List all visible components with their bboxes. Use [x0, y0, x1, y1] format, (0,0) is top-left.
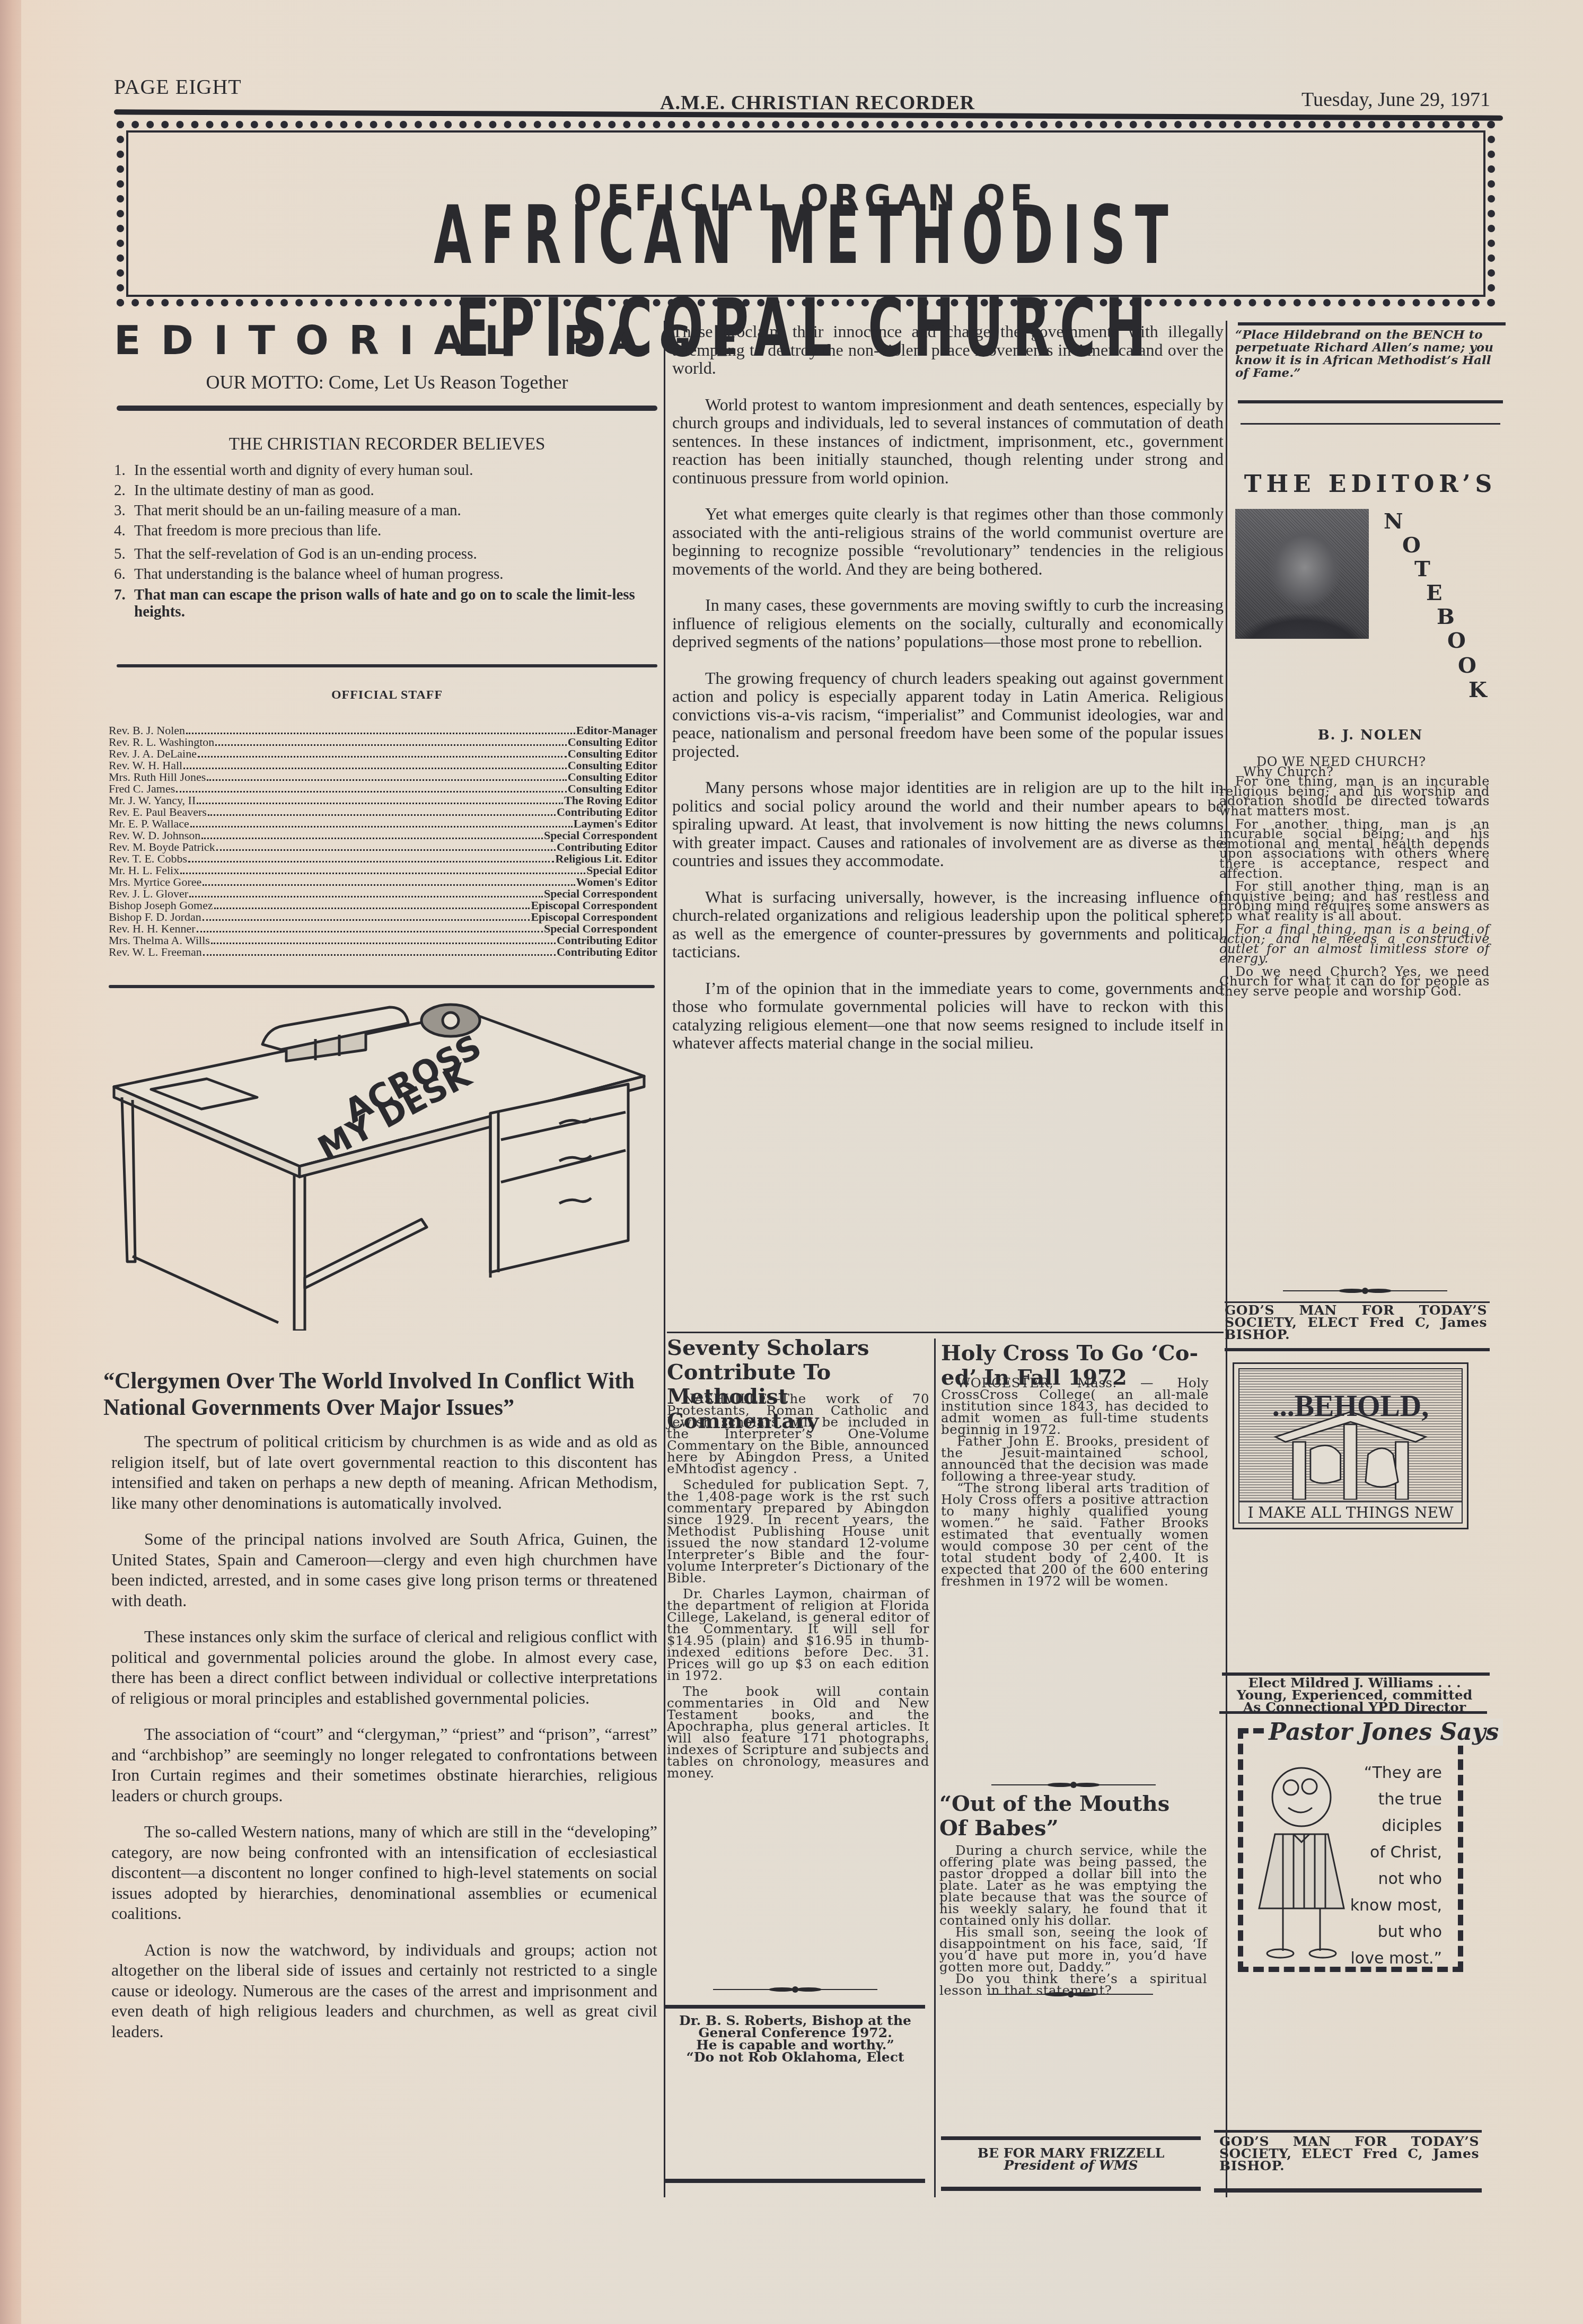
scholars-body: NASHVILLE—The work of 70 Protestants, Ro…: [667, 1393, 929, 1779]
staff-role: Special Correspondent: [544, 923, 657, 935]
staff-role: Consulting Editor: [568, 737, 657, 748]
frizzell-ad: BE FOR MARY FRIZZELL President of WMS: [941, 2147, 1201, 2171]
editors-notebook-body: DO WE NEED CHURCH? Why Church? For one t…: [1219, 752, 1490, 1000]
paragraph: For another thing, man is an incurable s…: [1219, 820, 1490, 879]
paragraph: Some of the principal nations involved a…: [111, 1529, 657, 1610]
leader-dots: [201, 838, 543, 839]
leader-dots: [190, 826, 573, 828]
leader-dots: [197, 931, 543, 932]
staff-role: Consulting Editor: [568, 784, 657, 795]
paragraph: NASHVILLE—The work of 70 Protestants, Ro…: [667, 1393, 929, 1475]
staff-role: Contributing Editor: [557, 947, 657, 958]
believes-list: 1.In the essential worth and dignity of …: [114, 460, 660, 620]
paragraph: Scheduled for publication Sept. 7, the 1…: [667, 1479, 929, 1584]
staff-name: Mrs. Thelma A. Wills: [109, 935, 210, 946]
page-number-label: PAGE EIGHT: [114, 74, 242, 99]
staff-name: Rev. J. L. Glover: [109, 888, 188, 900]
staff-name: Bishop F. D. Jordan: [109, 912, 201, 923]
leader-dots: [203, 919, 530, 921]
editorial-page-title: EDITORIAL PAGE: [114, 318, 660, 364]
staff-role: Editor-Manager: [576, 725, 657, 736]
divider: [665, 2179, 925, 2183]
motto: OUR MOTTO: Come, Let Us Reason Together: [106, 371, 668, 393]
staff-role: Contributing Editor: [557, 935, 657, 946]
staff-role: Special Editor: [586, 865, 657, 876]
divider: [1225, 1348, 1490, 1351]
notebook-letter: B: [1437, 604, 1455, 629]
staff-role: Special Correspondent: [544, 830, 657, 841]
roberts-ad: Dr. B. S. Roberts, Bishop at the General…: [665, 2014, 925, 2063]
pastor-cartoon-icon: [1251, 1749, 1347, 1961]
babes-headline: “Out of the Mouths Of Babes”: [939, 1792, 1204, 1841]
notebook-letter: N: [1384, 509, 1403, 534]
staff-name: Rev. R. L. Washington: [109, 737, 214, 748]
leader-dots: [189, 896, 543, 897]
paragraph: These proclaim their innocence and charg…: [672, 322, 1224, 377]
ornament-divider: [991, 1781, 1156, 1785]
column-rule: [664, 321, 665, 2197]
editors-notebook-title: THE EDITOR’S: [1235, 471, 1506, 498]
staff-name: Rev. W. D. Johnson: [109, 830, 200, 841]
paragraph: For one thing, man is an incurable relig…: [1219, 777, 1490, 816]
divider: [665, 2005, 925, 2009]
paragraph: I’m of the opinion that in the immediate…: [672, 979, 1224, 1052]
divider: [941, 2136, 1201, 2140]
staff-role: Consulting Editor: [568, 760, 657, 771]
believes-item: 3.That merit should be an un-failing mea…: [114, 500, 660, 521]
notebook-letter: O: [1447, 628, 1466, 653]
staff-role: Laymen's Editor: [574, 818, 657, 830]
leader-dots: [188, 861, 554, 862]
paragraph: Many persons whose major identities are …: [672, 778, 1224, 870]
masthead-box: OFFICIAL ORGAN OF AFRICAN METHODIST EPIS…: [117, 121, 1495, 306]
believes-item: 6.That understanding is the balance whee…: [114, 564, 660, 584]
staff-role: Episcopal Correspondent: [531, 900, 657, 911]
leader-dots: [197, 803, 563, 804]
leader-dots: [214, 908, 530, 909]
notebook-letter: O: [1458, 653, 1476, 678]
column-rule: [1226, 321, 1227, 2197]
official-staff-heading: OFFICIAL STAFF: [106, 688, 668, 702]
paragraph: For still another thing, man is an inqui…: [1219, 882, 1490, 921]
leader-dots: [203, 884, 575, 886]
main-article-headline: “Clergymen Over The World Involved In Co…: [103, 1368, 638, 1421]
believes-item: 1.In the essential worth and dignity of …: [114, 460, 660, 480]
paragraph: Action is now the watchword, by individu…: [111, 1940, 657, 2042]
staff-name: Mr. H. L. Felix: [109, 865, 179, 876]
leader-dots: [208, 814, 556, 816]
across-my-desk-illustration: ACROSS MY DESK: [103, 991, 660, 1331]
pastor-jones-title: Pastor Jones Says: [1264, 1719, 1503, 1746]
behold-cartoon: ...BEHOLD, I MAKE ALL THINGS NEW: [1233, 1362, 1468, 1529]
staff-name: Rev. W. H. Hall: [109, 760, 182, 771]
divider: [667, 1332, 1224, 1333]
staff-name: Rev. B. J. Nolen: [109, 725, 185, 736]
paragraph: The so-called Western nations, many of w…: [111, 1821, 657, 1924]
official-staff-list: Rev. B. J. NolenEditor-ManagerRev. R. L.…: [109, 725, 657, 958]
gods-man-ad: GOD’S MAN FOR TODAY’S SOCIETY, ELECT Fre…: [1225, 1304, 1487, 1341]
notebook-letter: E: [1426, 580, 1443, 605]
notebook-letter: K: [1468, 677, 1487, 702]
notebook-letter: T: [1414, 557, 1430, 582]
leader-dots: [186, 733, 575, 734]
divider: [109, 985, 655, 988]
paragraph: The growing frequency of church leaders …: [672, 669, 1224, 761]
staff-name: Rev. M. Boyde Patrick: [109, 842, 215, 853]
staff-role: Contributing Editor: [557, 807, 657, 818]
paragraph: In many cases, these governments are mov…: [672, 596, 1224, 651]
leader-dots: [216, 849, 556, 851]
issue-date: Tuesday, June 29, 1971: [1301, 88, 1490, 111]
paragraph: Father John E. Brooks, president of the …: [941, 1436, 1209, 1482]
staff-name: Mrs. Ruth Hill Jones: [109, 772, 206, 783]
paragraph: Yet what emerges quite clearly is that r…: [672, 505, 1224, 578]
holy-cross-body: WORCESTER, Mass. — Holy CrossCross Colle…: [941, 1377, 1209, 1587]
staff-row: Rev. T. E. CobbsReligious Lit. Editor: [109, 853, 657, 865]
leader-dots: [207, 779, 566, 781]
ornament-divider: [713, 1986, 877, 1990]
staff-name: Fred C. James: [109, 784, 175, 795]
main-article-continuation: These proclaim their innocence and charg…: [672, 322, 1224, 1070]
believes-item: 2.In the ultimate destiny of man as good…: [114, 480, 660, 500]
notebook-letter: O: [1402, 533, 1421, 558]
mildred-williams-ad: Elect Mildred J. Williams . . . Young, E…: [1219, 1677, 1490, 1713]
babes-body: During a church service, while the offer…: [939, 1845, 1207, 1996]
behold-caption: I MAKE ALL THINGS NEW: [1239, 1501, 1462, 1522]
hildebrand-ad: “Place Hildebrand on the BENCH to perpet…: [1235, 329, 1506, 380]
staff-row: Rev. W. L. FreemanContributing Editor: [109, 947, 657, 958]
staff-role: Contributing Editor: [557, 842, 657, 853]
leader-dots: [176, 791, 566, 793]
paragraph: Dr. Charles Laymon, chairman of the depa…: [667, 1588, 929, 1682]
paragraph: Do we need Church? Yes, we need Church f…: [1219, 967, 1490, 997]
leader-dots: [183, 768, 567, 769]
main-article-body: The spectrum of political criticism by c…: [111, 1431, 657, 2057]
staff-name: Bishop Joseph Gomez: [109, 900, 213, 911]
paragraph: During a church service, while the offer…: [939, 1845, 1207, 1926]
divider: [1238, 400, 1503, 403]
staff-role: Special Correspondent: [544, 888, 657, 900]
paragraph: What is surfacing universally, however, …: [672, 888, 1224, 961]
staff-role: Consulting Editor: [568, 772, 657, 783]
ornament-divider: [989, 1991, 1153, 1995]
staff-role: Religious Lit. Editor: [555, 853, 657, 865]
staff-name: Mr. J. W. Yancy, II: [109, 795, 196, 806]
divider: [1238, 322, 1506, 325]
behold-headline: ...BEHOLD,: [1239, 1389, 1462, 1423]
belltower-icon: ...BEHOLD, I MAKE ALL THINGS NEW: [1238, 1368, 1463, 1524]
staff-name: Rev. W. L. Freeman: [109, 947, 202, 958]
paragraph: His small son, seeing the look of disapp…: [939, 1926, 1207, 1973]
gods-man-ad: GOD’S MAN FOR TODAY’S SOCIETY, ELECT Fre…: [1219, 2135, 1479, 2172]
staff-name: Rev. H. H. Kenner: [109, 923, 196, 935]
paragraph: “The strong liberal arts tradition of Ho…: [941, 1482, 1209, 1587]
divider: [1214, 2188, 1482, 2193]
staff-name: Mr. E. P. Wallace: [109, 818, 189, 830]
staff-name: Rev. E. Paul Beavers: [109, 807, 207, 818]
divider: [1241, 423, 1500, 425]
divider: [1214, 2130, 1482, 2133]
leader-dots: [180, 873, 585, 874]
staff-role: Consulting Editor: [568, 749, 657, 760]
paragraph: These instances only skim the surface of…: [111, 1626, 657, 1708]
editor-portrait-photo: [1235, 509, 1369, 639]
leader-dots: [211, 943, 556, 944]
staff-name: Rev. J. A. DeLaine: [109, 749, 197, 760]
publication-name: A.M.E. CHRISTIAN RECORDER: [660, 91, 975, 115]
staff-role: The Roving Editor: [564, 795, 657, 806]
staff-name: Rev. T. E. Cobbs: [109, 853, 187, 865]
believes-heading: THE CHRISTIAN RECORDER BELIEVES: [106, 435, 668, 454]
divider: [941, 2187, 1201, 2191]
staff-role: Episcopal Correspondent: [531, 912, 657, 923]
paragraph: World protest to wantom impresionment an…: [672, 395, 1224, 487]
column-rule: [934, 1339, 936, 2197]
paragraph: For a final thing, man is a being of act…: [1219, 925, 1490, 964]
staff-name: Mrs. Myrtice Goree: [109, 877, 201, 888]
paragraph: WORCESTER, Mass. — Holy CrossCross Colle…: [941, 1377, 1209, 1436]
divider: [117, 664, 657, 667]
divider: [117, 406, 657, 411]
staff-role: Women's Editor: [576, 877, 657, 888]
leader-dots: [198, 756, 567, 758]
leader-dots: [215, 744, 566, 746]
believes-item: 4.That freedom is more precious than lif…: [114, 521, 660, 541]
desk-icon: ACROSS MY DESK: [103, 991, 660, 1331]
paragraph: The spectrum of political criticism by c…: [111, 1431, 657, 1513]
pastor-jones-quote: “They are the true diciples of Christ, n…: [1347, 1760, 1442, 1972]
editor-name: B. J. NOLEN: [1235, 727, 1506, 743]
believes-item: 7.That man can escape the prison walls o…: [114, 586, 660, 620]
divider: [1219, 1711, 1487, 1714]
paragraph: The association of “court” and “clergyma…: [111, 1724, 657, 1806]
paragraph: The book will contain commentaries in Ol…: [667, 1686, 929, 1779]
leader-dots: [203, 954, 556, 956]
ornament-divider: [1283, 1287, 1447, 1291]
believes-item: 5.That the self-revelation of God is an …: [114, 544, 660, 564]
